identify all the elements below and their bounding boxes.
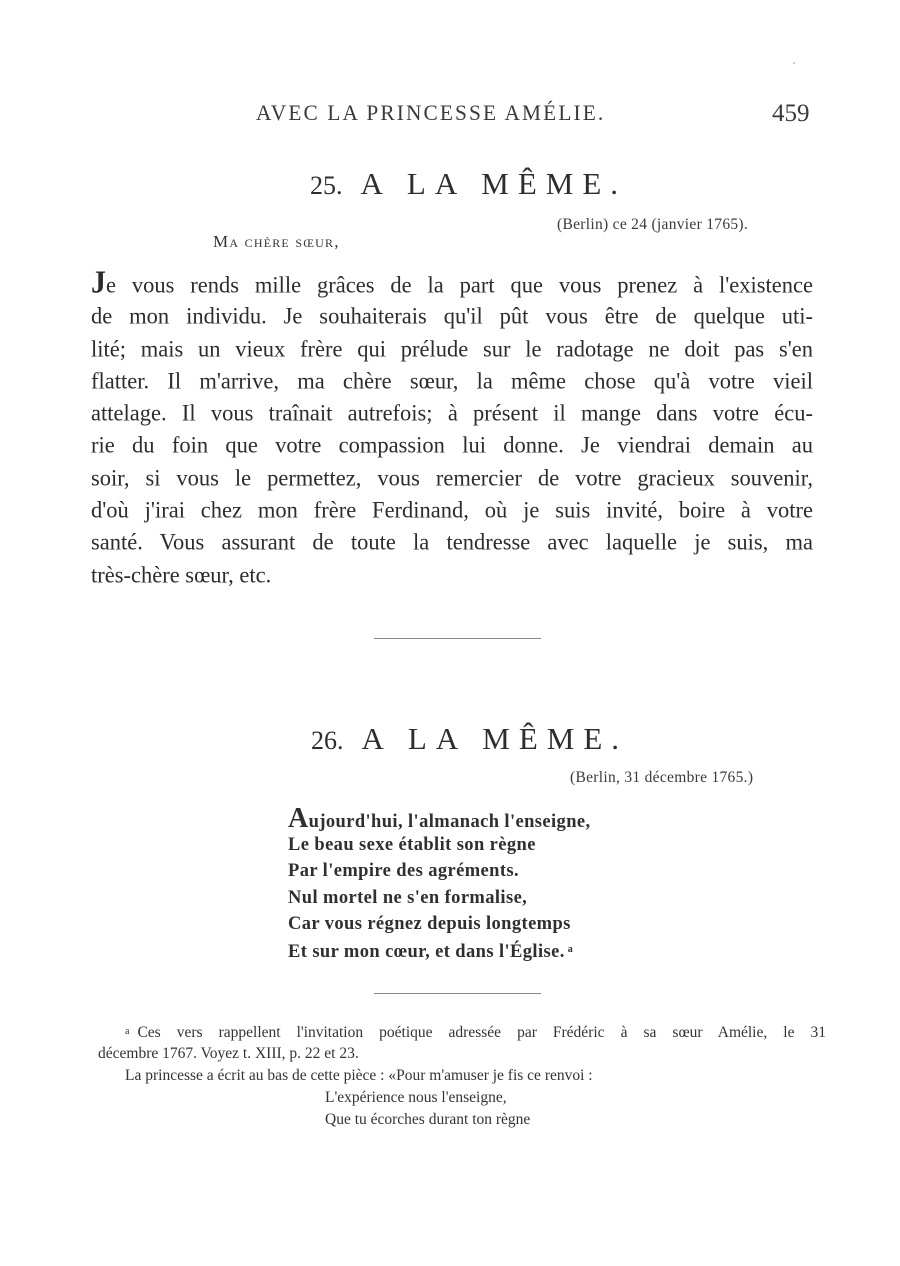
letter-26-poem: Aujourd'hui, l'almanach l'enseigne, Le b… (288, 806, 591, 963)
letter-title: A LA MÊME. (362, 721, 629, 756)
letter-25-heading: 25.A LA MÊME. (310, 166, 627, 202)
body-line: d'où j'irai chez mon frère Ferdinand, où… (91, 493, 813, 527)
section-divider (374, 638, 541, 639)
drop-cap: A (288, 803, 309, 834)
body-line: lité; mais un vieux frère qui prélude su… (91, 332, 813, 366)
body-line: Je vous rends mille grâces de la part qu… (91, 267, 813, 301)
letter-25-dateline: (Berlin) ce 24 (janvier 1765). (557, 216, 748, 234)
footnote-line: La princesse a écrit au bas de cette piè… (98, 1065, 826, 1087)
footnote-line: décembre 1767. Voyez t. XIII, p. 22 et 2… (98, 1043, 826, 1065)
letter-26-dateline: (Berlin, 31 décembre 1765.) (570, 769, 753, 787)
letter-title: A LA MÊME. (361, 166, 628, 201)
letter-25-body: Je vous rends mille grâces de la part qu… (91, 268, 813, 591)
poem-line: Le beau sexe établit son règne (288, 832, 591, 858)
page-number: 459 (772, 100, 810, 128)
footnotes: aCes vers rappellent l'invitation poétiq… (98, 1021, 826, 1131)
body-line: de mon individu. Je souhaiterais qu'il p… (91, 299, 813, 333)
body-line: rie du foin que votre compassion lui don… (91, 429, 813, 463)
scan-speck (793, 62, 795, 64)
footnote-verse-line: L'expérience nous l'enseigne, (98, 1087, 826, 1109)
poem-line: Par l'empire des agréments. (288, 858, 591, 884)
letter-number: 25. (310, 171, 343, 200)
poem-line: Aujourd'hui, l'almanach l'enseigne, (288, 806, 591, 832)
letter-25-salutation: Ma chère sœur, (213, 232, 340, 252)
footnote-reference[interactable]: a (568, 944, 573, 955)
body-line: santé. Vous assurant de toute la tendres… (91, 526, 813, 560)
footnote-divider (374, 993, 541, 994)
footnote-line: aCes vers rappellent l'invitation poétiq… (98, 1021, 826, 1043)
footnote-verse-line: Que tu écorches durant ton règne (98, 1109, 826, 1131)
drop-cap: J (91, 265, 106, 300)
running-header-title: AVEC LA PRINCESSE AMÉLIE. (256, 100, 605, 126)
poem-line: Et sur mon cœur, et dans l'Église.a (288, 937, 591, 963)
poem-line: Car vous régnez depuis longtemps (288, 911, 591, 937)
body-line: attelage. Il vous traînait autrefois; à … (91, 396, 813, 430)
letter-26-heading: 26.A LA MÊME. (311, 721, 628, 757)
poem-line: Nul mortel ne s'en formalise, (288, 885, 591, 911)
footnote-marker: a (125, 1026, 129, 1037)
body-line: flatter. Il m'arrive, ma chère sœur, la … (91, 364, 813, 398)
body-line: soir, si vous le permettez, vous remerci… (91, 461, 813, 495)
letter-number: 26. (311, 726, 344, 755)
body-line: très-chère sœur, etc. (91, 558, 813, 592)
